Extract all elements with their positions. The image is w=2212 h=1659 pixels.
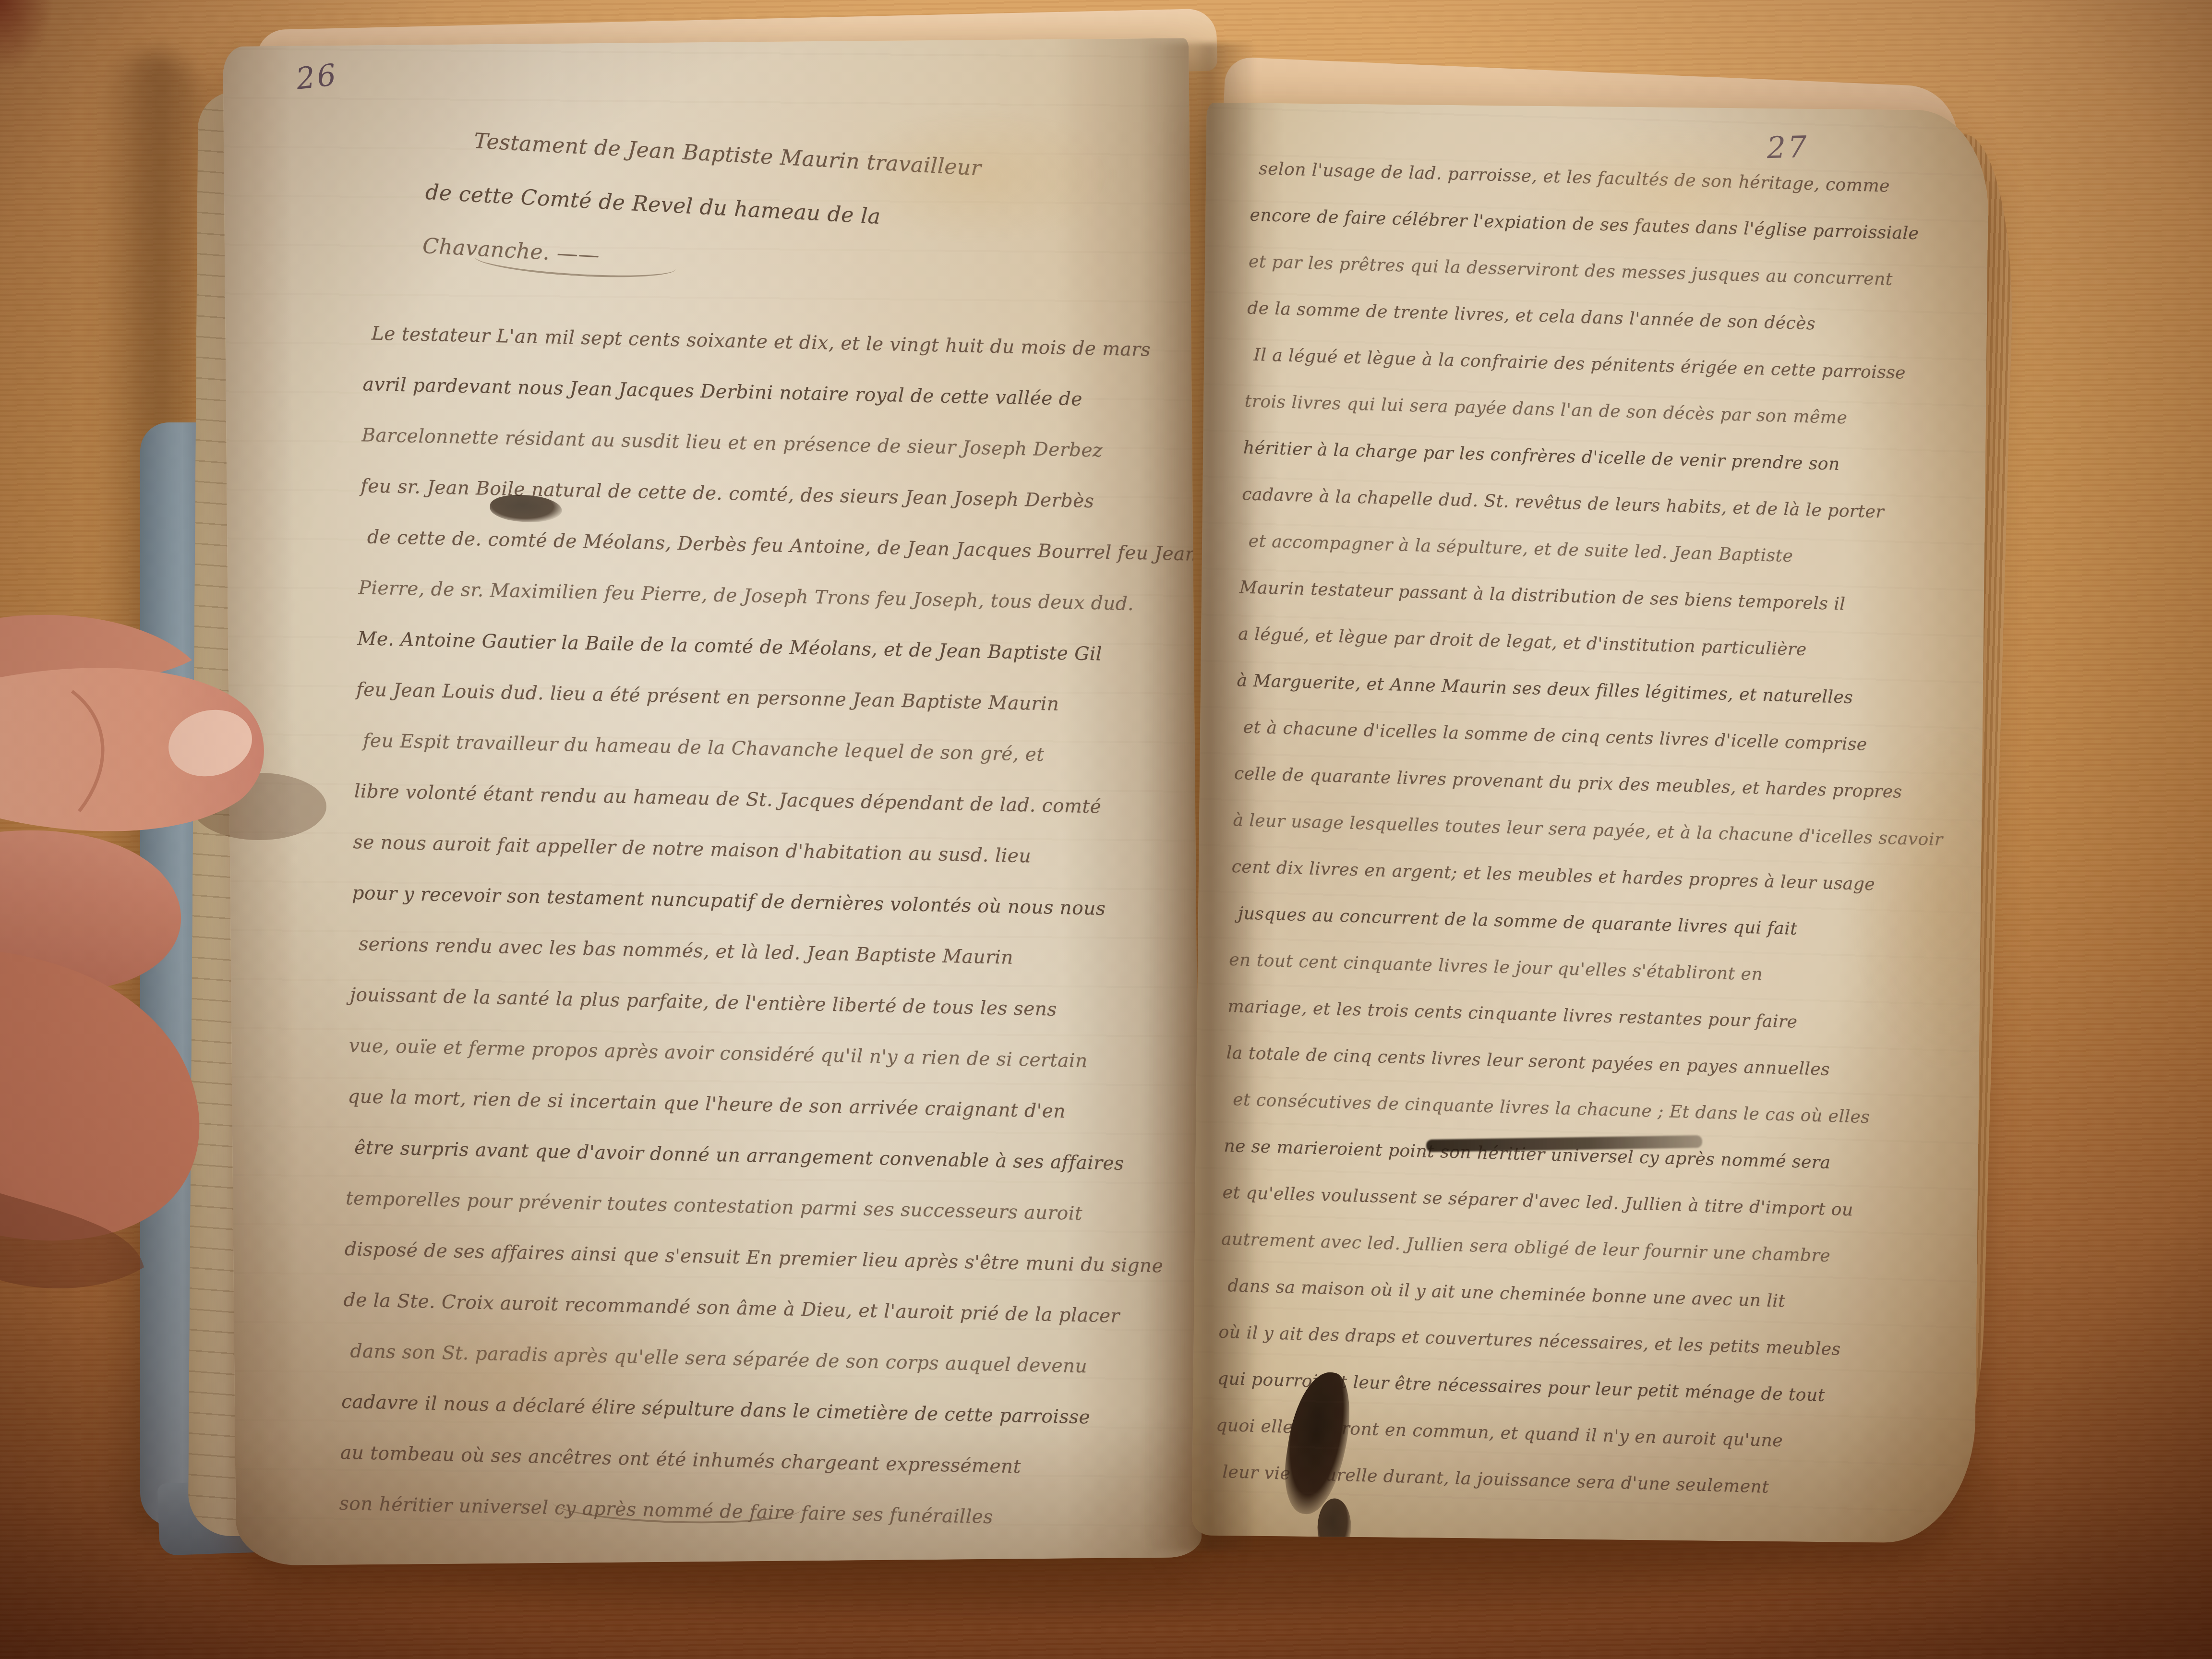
- hand: [0, 0, 2212, 1659]
- photo-scene: 26 Testament de Jean Baptiste Maurin tra…: [0, 0, 2212, 1659]
- palm: [0, 950, 199, 1240]
